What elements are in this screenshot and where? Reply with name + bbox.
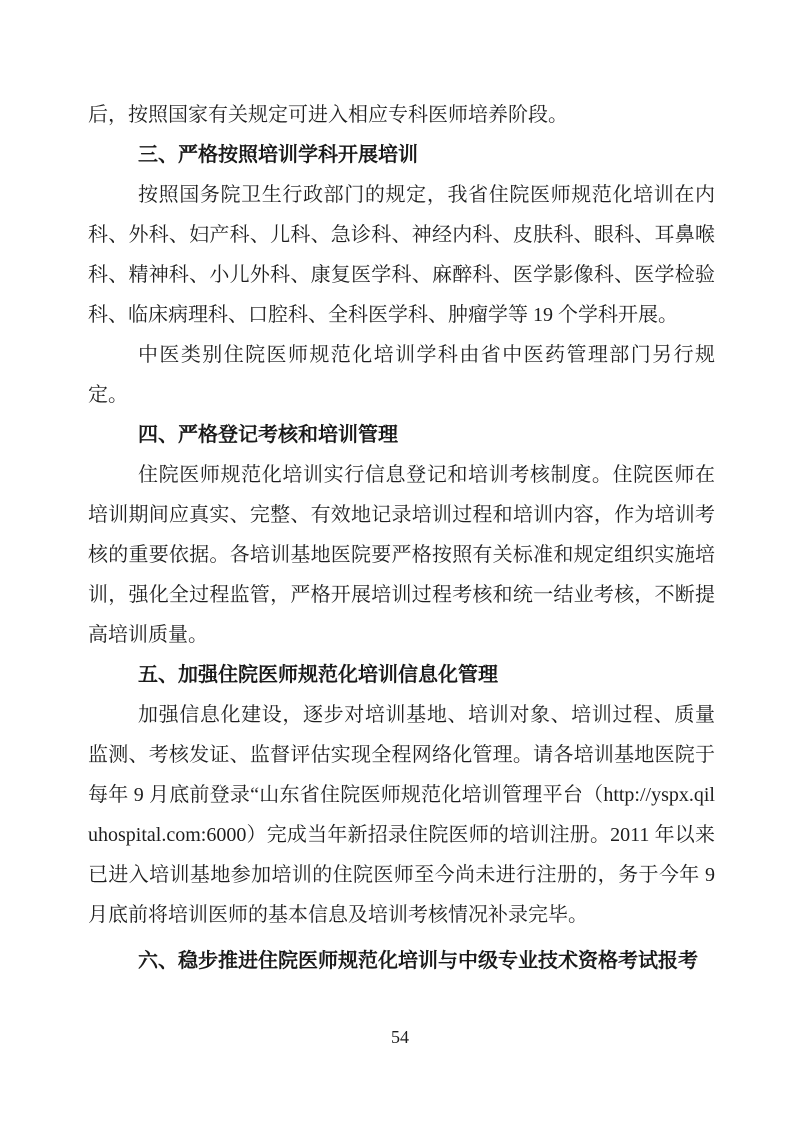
paragraph-training-disciplines: 按照国务院卫生行政部门的规定，我省住院医师规范化培训在内科、外科、妇产科、儿科、…: [88, 175, 715, 335]
page-number: 54: [0, 1024, 800, 1050]
section-heading-3: 三、严格按照培训学科开展培训: [88, 135, 715, 175]
section-heading-5: 五、加强住院医师规范化培训信息化管理: [88, 655, 715, 695]
paragraph-registration-assessment: 住院医师规范化培训实行信息登记和培训考核制度。住院医师在培训期间应真实、完整、有…: [88, 455, 715, 655]
paragraph-information-management: 加强信息化建设，逐步对培训基地、培训对象、培训过程、质量监测、考核发证、监督评估…: [88, 695, 715, 935]
document-page: 后，按照国家有关规定可进入相应专科医师培养阶段。 三、严格按照培训学科开展培训 …: [0, 0, 800, 1129]
section-heading-4: 四、严格登记考核和培训管理: [88, 415, 715, 455]
paragraph-continuation: 后，按照国家有关规定可进入相应专科医师培养阶段。: [88, 95, 715, 135]
paragraph-tcm-disciplines: 中医类别住院医师规范化培训学科由省中医药管理部门另行规定。: [88, 335, 715, 415]
section-heading-6: 六、稳步推进住院医师规范化培训与中级专业技术资格考试报考: [88, 941, 715, 981]
